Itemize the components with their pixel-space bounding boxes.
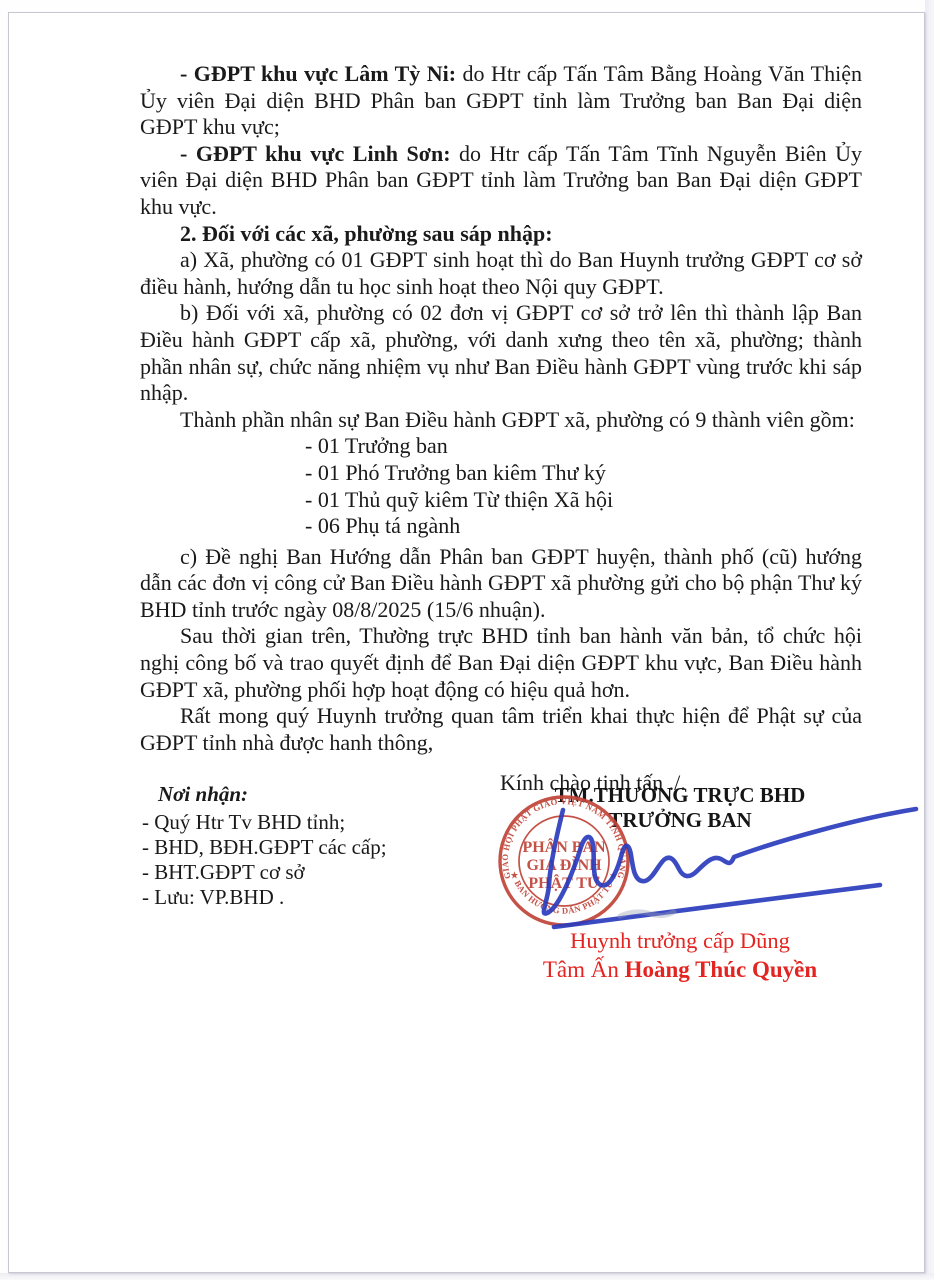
paragraph-closing-1: Sau thời gian trên, Thường trực BHD tỉnh…: [140, 623, 862, 703]
paragraph-members-intro: Thành phần nhân sự Ban Điều hành GĐPT xã…: [140, 407, 862, 434]
paragraph-region-linh-son: - GĐPT khu vực Linh Sơn: do Htr cấp Tấn …: [140, 141, 862, 221]
recipient-item: - BHD, BĐH.GĐPT các cấp;: [142, 835, 462, 860]
recipients-title: Nơi nhận:: [142, 782, 462, 807]
signer-identity: Huynh trưởng cấp Dũng Tâm Ấn Hoàng Thúc …: [485, 926, 875, 984]
signature-main-stroke: [544, 809, 916, 914]
member-item-phu-ta: - 06 Phụ tá ngành: [140, 513, 862, 540]
signature-underline-stroke: [554, 885, 880, 927]
region-name-linh-son: - GĐPT khu vực Linh Sơn:: [180, 141, 459, 166]
recipient-item: - Lưu: VP.BHD .: [142, 885, 462, 910]
document-body: - GĐPT khu vực Lâm Tỳ Ni: do Htr cấp Tấn…: [140, 61, 862, 797]
paragraph-item-c: c) Đề nghị Ban Hướng dẫn Phân ban GĐPT h…: [140, 544, 862, 624]
paragraph-item-a: a) Xã, phường có 01 GĐPT sinh hoạt thì d…: [140, 247, 862, 300]
region-name-lam-ty-ni: - GĐPT khu vực Lâm Tỳ Ni:: [180, 61, 463, 86]
scan-edge-right: [925, 0, 934, 1280]
member-item-pho-truong-ban: - 01 Phó Trưởng ban kiêm Thư ký: [140, 460, 862, 487]
recipient-item: - BHT.GĐPT cơ sở: [142, 860, 462, 885]
paragraph-item-b: b) Đối với xã, phường có 02 đơn vị GĐPT …: [140, 300, 862, 406]
scan-edge-bottom: [0, 1273, 934, 1280]
member-item-thu-quy: - 01 Thủ quỹ kiêm Từ thiện Xã hội: [140, 487, 862, 514]
signer-name-line: Tâm Ấn Hoàng Thúc Quyền: [485, 955, 875, 984]
signer-rank: Huynh trưởng cấp Dũng: [485, 926, 875, 955]
recipients-block: Nơi nhận: - Quý Htr Tv BHD tỉnh; - BHD, …: [142, 782, 462, 910]
scanned-document: - GĐPT khu vực Lâm Tỳ Ni: do Htr cấp Tấn…: [0, 0, 934, 1280]
signer-dharma-name: Tâm Ấn: [543, 957, 625, 982]
signer-full-name: Hoàng Thúc Quyền: [625, 957, 818, 982]
recipient-item: - Quý Htr Tv BHD tỉnh;: [142, 810, 462, 835]
paragraph-closing-2: Rất mong quý Huynh trưởng quan tâm triển…: [140, 703, 862, 756]
paragraph-region-lam-ty-ni: - GĐPT khu vực Lâm Tỳ Ni: do Htr cấp Tấn…: [140, 61, 862, 141]
section-heading-2: 2. Đối với các xã, phường sau sáp nhập:: [140, 221, 862, 248]
member-item-truong-ban: - 01 Trưởng ban: [140, 433, 862, 460]
handwritten-signature: [480, 785, 930, 935]
signature-smudge: [620, 912, 674, 916]
